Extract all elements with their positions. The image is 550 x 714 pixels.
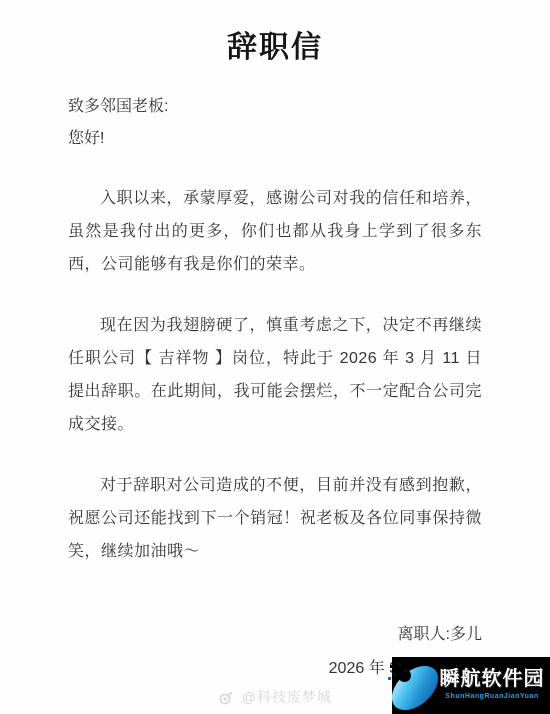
signer-name: 离职人:多儿 <box>68 624 482 646</box>
letter-salutation: 致多邻国老板: <box>68 96 482 118</box>
comet-swoosh-logo-icon <box>384 663 442 713</box>
site-name-pinyin: ShunHangRuanJianYuan <box>438 692 546 702</box>
weibo-camera-icon <box>218 692 233 708</box>
letter-paragraph-2: 现在因为我翅膀硬了，慎重考虑之下，决定不再继续任职公司【 吉祥物 】岗位，特此于… <box>68 309 482 441</box>
resignation-letter-page: 辞职信 致多邻国老板: 您好! 入职以来，承蒙厚爱，感谢公司对我的信任和培养，虽… <box>0 0 550 714</box>
letter-paragraph-3: 对于辞职对公司造成的不便，目前并没有感到抱歉，祝愿公司还能找到下一个销冠！祝老板… <box>68 469 482 568</box>
letter-paragraph-1: 入职以来，承蒙厚爱，感谢公司对我的信任和培养，虽然是我付出的更多，你们也都从我身… <box>68 182 482 281</box>
site-name: 瞬航软件园 <box>438 666 546 692</box>
watermark-text: @科技废梦城 <box>242 689 332 705</box>
letter-greeting: 您好! <box>68 128 482 150</box>
swoosh-notch <box>398 669 411 682</box>
site-badge-text: 瞬航软件园 ShunHangRuanJianYuan <box>438 666 546 702</box>
site-badge: 瞬航软件园 ShunHangRuanJianYuan <box>392 657 550 714</box>
letter-body: 辞职信 致多邻国老板: 您好! 入职以来，承蒙厚爱，感谢公司对我的信任和培养，虽… <box>0 0 550 680</box>
letter-title: 辞职信 <box>68 22 482 66</box>
logo-speckles <box>390 665 393 668</box>
